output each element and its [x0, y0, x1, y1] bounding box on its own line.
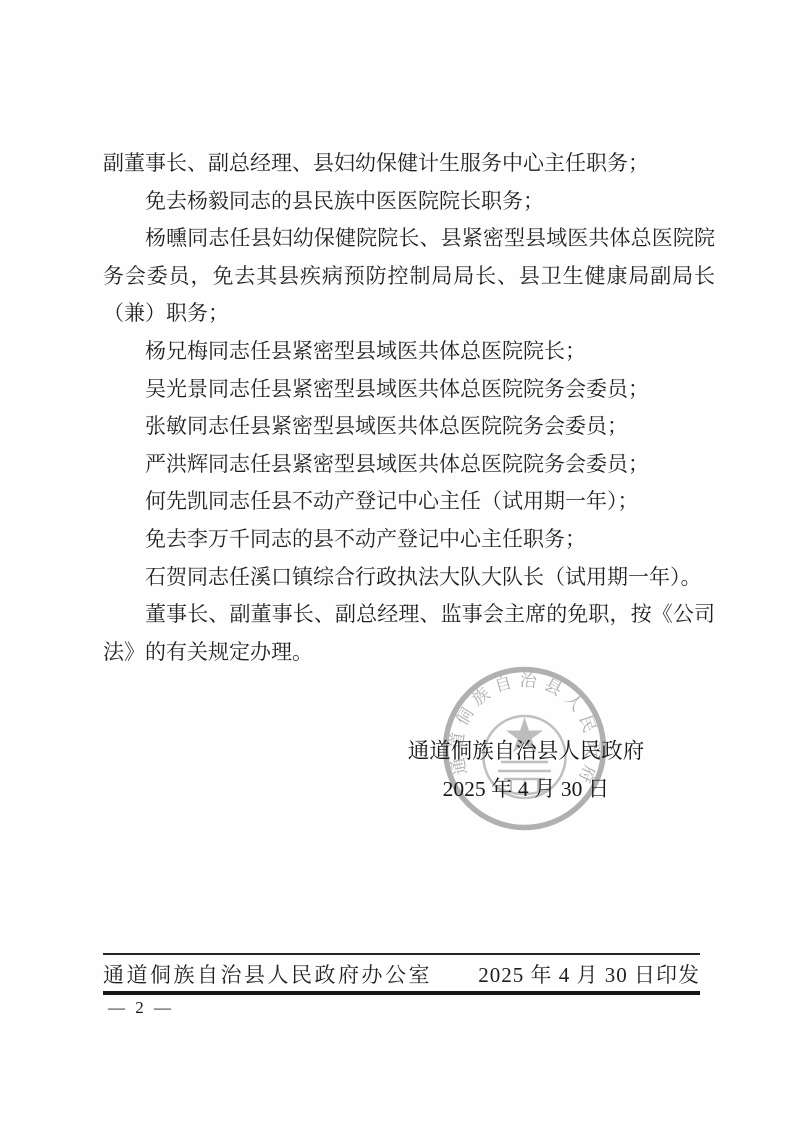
footer-print-date: 2025 年 4 月 30 日印发 — [478, 960, 700, 990]
paragraph: 杨兄梅同志任县紧密型县域医共体总医院院长； — [103, 333, 715, 371]
footer-rule-bottom — [103, 991, 700, 995]
paragraph: 张敏同志任县紧密型县域医共体总医院院务会委员； — [103, 408, 715, 446]
paragraph: 免去李万千同志的县不动产登记中心主任职务； — [103, 521, 715, 559]
footer-colophon: 通道侗族自治县人民政府办公室 2025 年 4 月 30 日印发 — [103, 960, 700, 990]
signature-block: 通道侗族自治县人民政府 2025 年 4 月 30 日 — [392, 732, 660, 808]
paragraph: 免去杨毅同志的县民族中医医院院长职务； — [103, 183, 715, 221]
paragraph: 董事长、副董事长、副总经理、监事会主席的免职，按《公司法》的有关规定办理。 — [103, 596, 715, 671]
page-number: — 2 — — [108, 998, 174, 1018]
document-page: 副董事长、副总经理、县妇幼保健计生服务中心主任职务；免去杨毅同志的县民族中医医院… — [0, 0, 793, 1122]
paragraph: 何先凯同志任县不动产登记中心主任（试用期一年）； — [103, 483, 715, 521]
signature-date: 2025 年 4 月 30 日 — [392, 770, 660, 808]
paragraph: 严洪辉同志任县紧密型县域医共体总医院院务会委员； — [103, 446, 715, 484]
footer-rule-top — [103, 953, 700, 955]
document-body: 副董事长、副总经理、县妇幼保健计生服务中心主任职务；免去杨毅同志的县民族中医医院… — [103, 145, 715, 671]
signature-issuer: 通道侗族自治县人民政府 — [392, 732, 660, 770]
paragraph: 石贺同志任溪口镇综合行政执法大队大队长（试用期一年）。 — [103, 559, 715, 597]
paragraph: 副董事长、副总经理、县妇幼保健计生服务中心主任职务； — [103, 145, 715, 183]
paragraph: 吴光景同志任县紧密型县域医共体总医院院务会委员； — [103, 371, 715, 409]
footer-issuing-office: 通道侗族自治县人民政府办公室 — [103, 960, 432, 990]
paragraph: 杨曛同志任县妇幼保健院院长、县紧密型县域医共体总医院院务会委员，免去其县疾病预防… — [103, 220, 715, 333]
